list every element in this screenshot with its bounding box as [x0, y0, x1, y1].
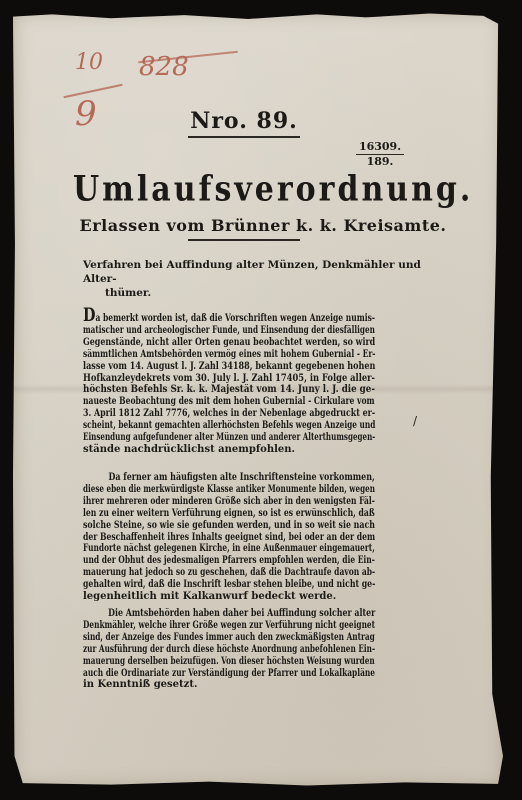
paragraph-2: Da ferner am häufigsten alte Inschriften…: [83, 472, 375, 603]
paragraph-2-line-1: Da ferner am häufigsten alte Inschriften…: [83, 472, 315, 484]
paragraph-1-line-5: lasse vom 14. August l. J. Zahl 34188, b…: [83, 361, 319, 373]
paragraph-2-line-9: mauerung hat jedoch so zu geschehen, daß…: [83, 567, 303, 579]
paragraph-1-line-10: scheint, bekannt gemachten allerhöchsten…: [83, 420, 298, 432]
paragraph-2-line-5: solche Steine, so wie sie gefunden werde…: [83, 520, 312, 532]
document-number: Nro. 89.: [188, 108, 300, 138]
subtitle-divider: [188, 239, 300, 241]
paragraph-3-line-1: Die Amtsbehörden haben daher bei Auffind…: [83, 608, 313, 620]
paragraph-2-line-4: len zu einer weitern Verführung eignen, …: [83, 508, 307, 520]
paragraph-3-line-7: in Kenntniß gesetzt.: [83, 679, 375, 691]
section-heading-line-1: Verfahren bei Auffindung alter Münzen, D…: [83, 259, 421, 285]
paragraph-2-line-10: gehalten wird, daß die Inschrift lesbar …: [83, 579, 309, 591]
paragraph-1-line-4: sämmtlichen Amtsbehörden vermög eines mi…: [83, 349, 303, 361]
pencil-annotation-reference: 828: [139, 52, 189, 82]
paragraph-1: Da bemerkt worden ist, daß die Vorschrif…: [83, 310, 375, 456]
paragraph-1-line-1: a bemerkt worden ist, daß die Vorschrift…: [95, 313, 375, 324]
paragraph-1-line-2: matischer und archeologischer Funde, und…: [83, 325, 295, 337]
paragraph-3-line-4: zur Ausführung der durch diese höchste A…: [83, 644, 297, 656]
section-heading-line-2: thümer.: [83, 286, 423, 300]
paragraph-3: Die Amtsbehörden haben daher bei Auffind…: [83, 608, 375, 691]
paragraph-2-line-8: und der Obhut des jedesmaligen Pfarrers …: [83, 555, 302, 567]
paragraph-3-line-5: mauerung derselben beizufügen. Von diese…: [83, 656, 297, 668]
paragraph-3-line-3: sind, der Anzeige des Fundes immer auch …: [83, 632, 298, 644]
file-number-top: 16309.: [356, 140, 404, 155]
paragraph-3-line-6: auch die Ordinariate zur Verständigung d…: [83, 668, 300, 680]
document-page: 10 9 828 Nro. 89. 16309. 189. Umlaufsver…: [13, 12, 503, 787]
file-number-fraction: 16309. 189.: [356, 140, 404, 168]
paragraph-1-line-3: Gegenstände, nicht aller Orten genau beo…: [83, 337, 314, 349]
document-title: Umlaufsverordnung.: [73, 169, 433, 209]
margin-mark: /: [413, 414, 417, 428]
pencil-annotation-denominator: 9: [75, 94, 97, 134]
paragraph-1-line-6: Hofkanzleydekrets vom 30. July l. J. Zah…: [83, 373, 326, 385]
paragraph-2-line-11: legenheitlich mit Kalkanwurf bedeckt wer…: [83, 591, 375, 603]
file-number-bottom: 189.: [356, 155, 404, 168]
paragraph-2-line-7: Fundorte nächst gelegenen Kirche, in ein…: [83, 543, 299, 555]
paragraph-1-line-9: 3. April 1812 Zahl 7776, welches in der …: [83, 408, 313, 420]
paragraph-2-line-6: der Beschaffenheit ihres Inhalts geeigne…: [83, 532, 307, 544]
paragraph-2-line-3: ihrer mehreren oder minderen Größe sich …: [83, 496, 302, 508]
pencil-annotation-numerator: 10: [75, 50, 103, 75]
paragraph-1-line-11: Einsendung aufgefundener alter Münzen un…: [83, 432, 292, 444]
paragraph-3-line-2: Denkmähler, welche ihrer Größe wegen zur…: [83, 620, 298, 632]
drop-cap: D: [83, 304, 95, 326]
paragraph-1-line-7: höchsten Befehls Sr. k. k. Majestät vom …: [83, 384, 338, 396]
section-heading: Verfahren bei Auffindung alter Münzen, D…: [83, 258, 423, 300]
paragraph-2-line-2: diese eben die merkwürdigste Klasse anti…: [83, 484, 294, 496]
paragraph-1-line-8: naueste Beobachtung des mit dem hohen Gu…: [83, 396, 306, 408]
paragraph-1-line-12: stände nachdrücklichst anempfohlen.: [83, 444, 375, 456]
document-subtitle: Erlassen vom Brünner k. k. Kreisamte.: [73, 216, 453, 235]
